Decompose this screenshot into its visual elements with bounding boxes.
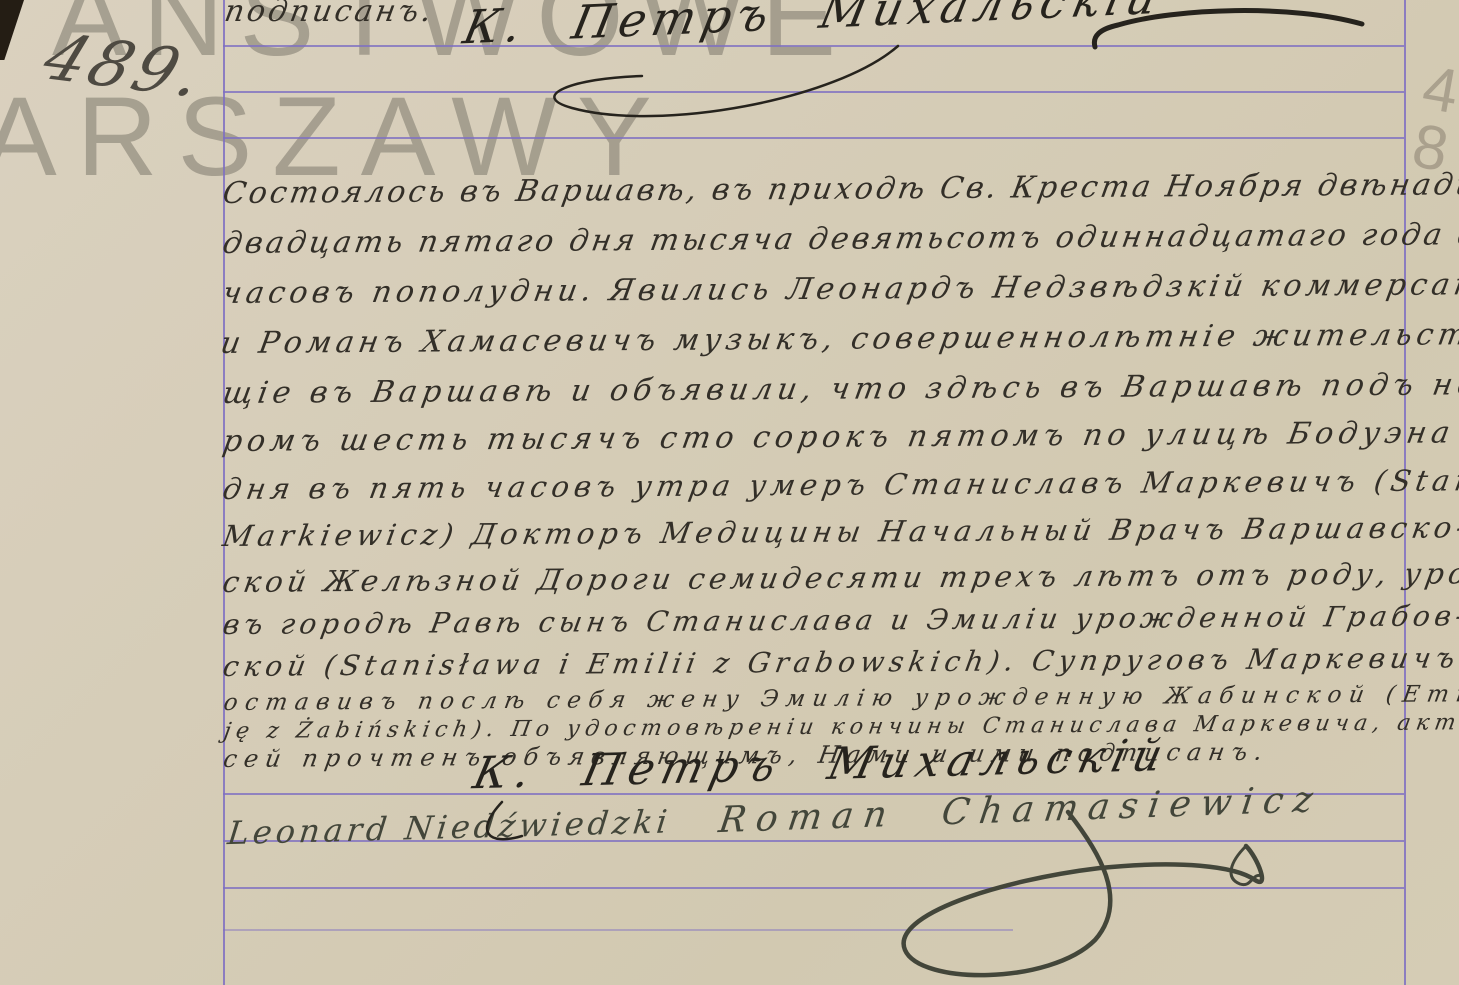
- act-text-line: дня въ пять часовъ утра умеръ Станиславъ…: [220, 463, 1459, 506]
- act-text-line: и Романъ Хамасевичъ музыкъ, совершеннолѣ…: [218, 317, 1459, 361]
- act-text-line: Markiewicz) Докторъ Медицины Начальный В…: [220, 510, 1459, 553]
- act-text-line: ской Желѣзной Дороги семидесяти трехъ лѣ…: [220, 555, 1459, 599]
- scanned-death-record-page: { "page": { "registry_number": "489.", "…: [0, 0, 1459, 985]
- header-closing-word: подписанъ.: [222, 0, 437, 29]
- ruled-line: [223, 91, 1404, 93]
- act-text-line: въ городѣ Равѣ сынъ Станислава и Эмиліи …: [220, 599, 1459, 641]
- witness-signature-loop: [904, 812, 1262, 975]
- ruled-line: [223, 45, 1404, 47]
- ruled-line-faint: [223, 929, 1013, 931]
- act-text-line: щіе въ Варшавѣ и объявили, что здѣсь въ …: [220, 367, 1459, 411]
- pencil-margin-number: 48: [1408, 59, 1459, 183]
- act-text-line: часовъ пополудни. Явились Леонардъ Недзв…: [220, 267, 1459, 311]
- scan-corner-shadow: [0, 0, 24, 60]
- ruled-line: [223, 887, 1404, 889]
- act-text-line: двадцать пятаго дня тысяча девятьсотъ од…: [220, 216, 1459, 261]
- act-text-line: ромъ шесть тысячъ сто сорокъ пятомъ по у…: [220, 415, 1459, 459]
- witness-signature-jag: [1231, 846, 1262, 885]
- ruled-line: [223, 137, 1404, 139]
- act-text-line: ской (Stanisława i Emilii z Grabowskich)…: [220, 641, 1459, 683]
- witness-signature-left: Leonard Niedźwiedzki: [226, 802, 673, 852]
